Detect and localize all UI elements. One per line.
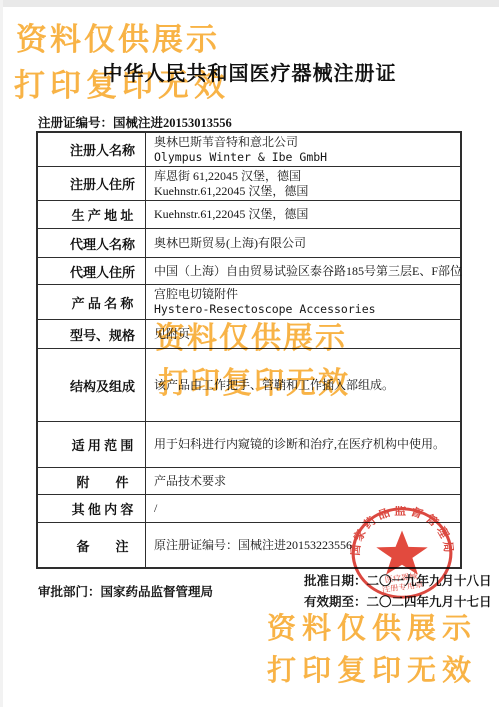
row-label: 生 产 地 址 — [38, 201, 146, 228]
table-row-production-address: 生 产 地 址 Kuehnstr.61,22045 汉堡，德国 — [38, 200, 460, 228]
table-row-registrant-name: 注册人名称 奥林巴斯苇音特和意北公司 Olympus Winter & Ibe … — [38, 133, 460, 166]
row-value-line: Olympus Winter & Ibe GmbH — [154, 150, 454, 165]
row-label: 其 他 内 容 — [38, 495, 146, 522]
valid-until-value: 二〇二四年九月十七日 — [367, 595, 492, 609]
row-value-line: 该产品由工作把手、管鞘和工作插入部组成。 — [154, 378, 454, 393]
row-value-line: 产品技术要求 — [154, 474, 454, 489]
certificate-page: 中华人民共和国医疗器械注册证 注册证编号：国械注进20153013556 注册人… — [0, 0, 499, 707]
approval-department: 审批部门：国家药品监督管理局 — [38, 582, 213, 600]
watermark-bottom-line1: 资料仅供展示 — [267, 606, 477, 647]
approval-department-value: 国家药品监督管理局 — [101, 585, 214, 599]
table-row-model-spec: 型号、规格 见附页 — [38, 319, 460, 348]
valid-until-date: 有效期至：二〇二四年九月十七日 — [304, 592, 492, 610]
row-value: 产品技术要求 — [146, 468, 460, 494]
row-label: 产 品 名 称 — [38, 285, 146, 319]
approval-date-label: 批准日期： — [304, 574, 367, 588]
scan-edge-left — [0, 0, 3, 707]
certificate-table: 注册人名称 奥林巴斯苇音特和意北公司 Olympus Winter & Ibe … — [36, 131, 462, 569]
table-row-agent-name: 代理人名称 奥林巴斯贸易(上海)有限公司 — [38, 228, 460, 257]
row-value-line: Hystero-Resectoscope Accessories — [154, 302, 454, 317]
row-value-line: 库恩街 61,22045 汉堡，德国 — [154, 169, 454, 184]
table-row-product-name: 产 品 名 称 宫腔电切镜附件 Hystero-Resectoscope Acc… — [38, 284, 460, 319]
table-row-remarks: 备 注 原注册证编号：国械注进20153223556 — [38, 522, 460, 567]
table-row-intended-use: 适 用 范 围 用于妇科进行内窥镜的诊断和治疗,在医疗机构中使用。 — [38, 421, 460, 467]
row-label: 代理人名称 — [38, 229, 146, 257]
row-value: 原注册证编号：国械注进20153223556 — [146, 523, 460, 567]
row-label: 结构及组成 — [38, 349, 146, 421]
valid-until-label: 有效期至： — [304, 595, 367, 609]
approval-date: 批准日期：二〇一九年九月十八日 — [304, 571, 492, 589]
scan-edge-top — [0, 0, 499, 7]
row-value-line: / — [154, 501, 454, 516]
table-row-registrant-address: 注册人住所 库恩街 61,22045 汉堡，德国 Kuehnstr.61,220… — [38, 166, 460, 200]
row-value-line: 宫腔电切镜附件 — [154, 287, 454, 302]
row-label: 适 用 范 围 — [38, 422, 146, 467]
row-value-line: 奥林巴斯贸易(上海)有限公司 — [154, 236, 454, 251]
registration-number-label: 注册证编号： — [38, 116, 113, 130]
row-value: 奥林巴斯苇音特和意北公司 Olympus Winter & Ibe GmbH — [146, 133, 460, 166]
row-label: 备 注 — [38, 523, 146, 567]
row-value: 库恩街 61,22045 汉堡，德国 Kuehnstr.61,22045 汉堡，… — [146, 167, 460, 200]
row-label: 型号、规格 — [38, 320, 146, 348]
row-value: 见附页 — [146, 320, 460, 348]
watermark-bottom-line2: 打印复印无效 — [267, 648, 477, 689]
registration-number: 注册证编号：国械注进20153013556 — [38, 113, 232, 131]
approval-date-value: 二〇一九年九月十八日 — [367, 574, 492, 588]
row-value-line: 原注册证编号：国械注进20153223556 — [154, 538, 454, 553]
row-label: 注册人名称 — [38, 133, 146, 166]
row-label: 注册人住所 — [38, 167, 146, 200]
table-row-agent-address: 代理人住所 中国（上海）自由贸易试验区泰谷路185号第三层E、F部位 — [38, 257, 460, 284]
row-value: 奥林巴斯贸易(上海)有限公司 — [146, 229, 460, 257]
approval-department-label: 审批部门： — [38, 585, 101, 599]
row-value-line: Kuehnstr.61,22045 汉堡，德国 — [154, 184, 454, 199]
row-value: / — [146, 495, 460, 522]
table-row-structure: 结构及组成 该产品由工作把手、管鞘和工作插入部组成。 — [38, 348, 460, 421]
table-row-attachment: 附 件 产品技术要求 — [38, 467, 460, 494]
registration-number-value: 国械注进20153013556 — [113, 116, 232, 130]
row-label: 代理人住所 — [38, 258, 146, 284]
row-value-line: 用于妇科进行内窥镜的诊断和治疗,在医疗机构中使用。 — [154, 437, 454, 452]
table-row-other-content: 其 他 内 容 / — [38, 494, 460, 522]
row-value-line: Kuehnstr.61,22045 汉堡，德国 — [154, 207, 454, 222]
row-value-line: 中国（上海）自由贸易试验区泰谷路185号第三层E、F部位 — [154, 264, 462, 279]
row-value: 宫腔电切镜附件 Hystero-Resectoscope Accessories — [146, 285, 460, 319]
page-title: 中华人民共和国医疗器械注册证 — [0, 57, 499, 86]
row-value: 该产品由工作把手、管鞘和工作插入部组成。 — [146, 349, 460, 421]
row-value-line: 见附页 — [154, 327, 454, 342]
watermark-top-line1: 资料仅供展示 — [16, 14, 220, 59]
row-value: 中国（上海）自由贸易试验区泰谷路185号第三层E、F部位 — [146, 258, 468, 284]
row-value: Kuehnstr.61,22045 汉堡，德国 — [146, 201, 460, 228]
row-value-line: 奥林巴斯苇音特和意北公司 — [154, 135, 454, 150]
row-label: 附 件 — [38, 468, 146, 494]
row-value: 用于妇科进行内窥镜的诊断和治疗,在医疗机构中使用。 — [146, 422, 460, 467]
